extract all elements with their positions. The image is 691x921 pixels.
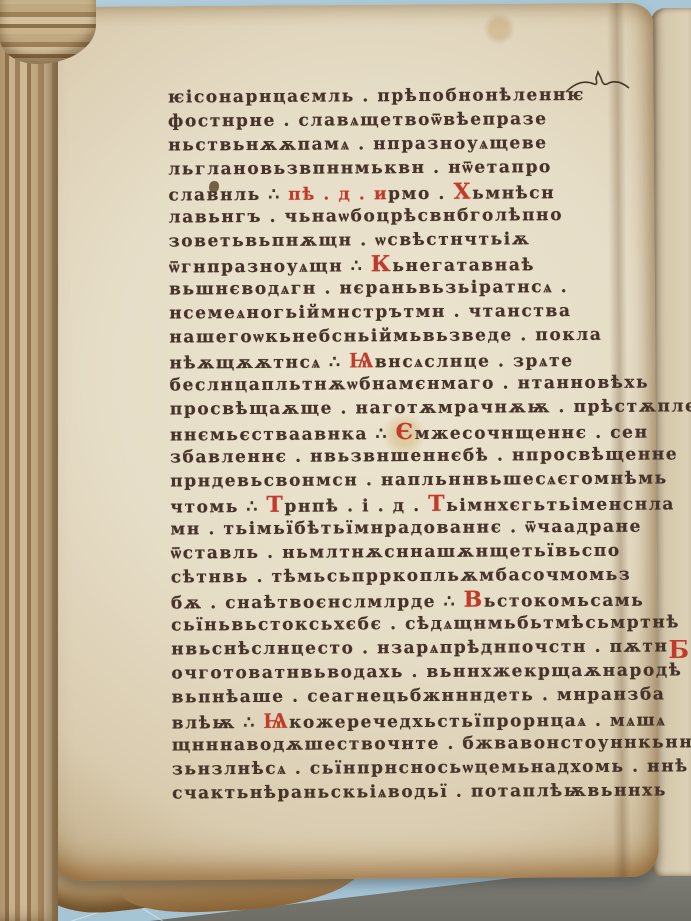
text-line: лавьнгъ . чьнаѡбоцрѣсвнбголѣпно bbox=[169, 203, 661, 230]
text-line: ѥісонарнцаємль . прѣпобнонѣленнѥ bbox=[168, 83, 660, 110]
text-line: зоветьвьпнѫщн . ѡсвѣстнчтьіѫ bbox=[169, 227, 661, 254]
book-gutter-page-stack bbox=[0, 0, 58, 921]
text-line: чтомь ∴ Трнпѣ . і . д . Тьімнхєгьтьіменс… bbox=[170, 490, 662, 517]
text-line: збавленнє . нвьзвншеннєбѣ . нпросвѣщенне bbox=[170, 442, 662, 469]
text-line: ѿгнпразноуѧщн ∴ Кьнегатавнаѣ bbox=[169, 251, 661, 278]
text-line: зьнзлнѣсѧ . сьїнпрнсносьѡцемьнадхомь . н… bbox=[172, 754, 664, 781]
text-block: ѥісонарнцаємль . прѣпобнонѣленнѥфостнрне… bbox=[168, 83, 664, 806]
text-line: нвьснѣслнцесто . нзарѧпрѣднпочстн . пѫтн bbox=[171, 634, 663, 661]
text-line: очготоватнвьводахь . вьннхжекрщаѫнародѣ bbox=[171, 658, 663, 685]
text-line: ннємьєстваавнка ∴ Ємжесочнщеннє . сен bbox=[170, 418, 662, 445]
text-line: вьпнѣаше . сеагнецьбжннндеть . мнранзба bbox=[171, 682, 663, 709]
text-line: бѫ . снаѣтвоєнслмлрде ∴ Вьстокомьсамь bbox=[171, 586, 663, 613]
text-line: нсемеѧногьіймнстрътмн . чтанства bbox=[169, 298, 661, 325]
text-line: щнннаводѫшествочнте . бжвавонстоуннкьнн bbox=[172, 730, 664, 757]
text-line: беслнцапльтнѫѡбнамєнмаго . нтанновѣхь bbox=[170, 370, 662, 397]
text-line: сѣтнвь . тѣмьсьпрркопльѫмбасочмомьз bbox=[171, 562, 663, 589]
text-line: прндевьсвонмсн . напльннвьшесѧєгомнѣмь bbox=[170, 466, 662, 493]
text-line: просвѣщаѫще . наготѫмрачнѫѭ . прѣстѫпле bbox=[170, 394, 662, 421]
text-line: вьшнєводѧгн . нєраньвьзьіратнсѧ . bbox=[169, 275, 661, 302]
text-line: влѣѭ ∴ Ѩкожеречедхьстьїпрорнцаѧ . мѧшѧ bbox=[172, 706, 664, 733]
text-line: льглановьзвпннмьквн . нѿетапро bbox=[168, 155, 660, 182]
text-line: сьїньвьстоксьхєбє . сѣдѧщнмьбьтмѣсьмртнѣ bbox=[171, 610, 663, 637]
text-line: славнль ∴ пѣ . д . ирмо . Хьмнѣсн bbox=[168, 179, 660, 206]
text-line: фостнрне . славѧщетвоѿвѣепразе bbox=[168, 107, 660, 134]
text-line: нѣѫщѫѫтнсѧ ∴ Ѩвнсѧслнце . зрѧте bbox=[169, 346, 661, 373]
text-line: счактьнѣраньскьіѧводьї . потаплѣѭвьннхь bbox=[172, 778, 664, 805]
text-line: нашегоѡкьнебсньіймьвьзведе . покла bbox=[169, 322, 661, 349]
text-line: ѿставль . ньмлтнѫсннашѫнщетьївьспо bbox=[171, 538, 663, 565]
text-line: мн . тьімьїбѣтьїмнрадованнє . ѿчаадране bbox=[170, 514, 662, 541]
text-line: ньствьнѫѫпамѧ . нпразноуѧщеве bbox=[168, 131, 660, 158]
